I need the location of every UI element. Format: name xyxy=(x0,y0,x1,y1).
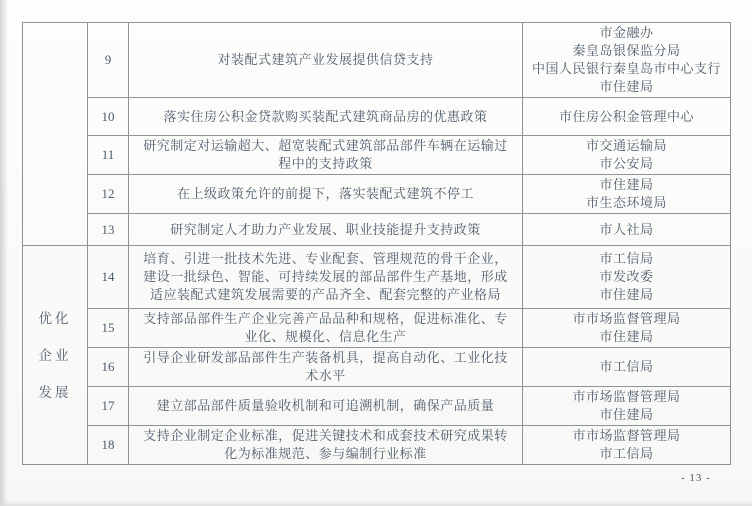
task-text: 引导企业研发部品部件生产装备机具，提高自动化、工业化技 术水平 xyxy=(129,348,523,387)
task-text: 建立部品部件质量验收机制和可追溯机制，确保产品质量 xyxy=(129,387,523,426)
row-number: 14 xyxy=(88,246,129,309)
department-text: 市金融办 秦皇岛银保监分局 中国人民银行秦皇岛市中心支行 市住建局 xyxy=(523,23,731,98)
department-text: 市工信局 xyxy=(523,348,731,387)
department-text: 市工信局 市发改委 市住建局 xyxy=(523,246,731,309)
row-number: 17 xyxy=(88,387,129,426)
category-cell-optimize-enterprise: 优化 企业 发展 xyxy=(23,246,88,465)
task-text: 落实住房公积金贷款购买装配式建筑商品房的优惠政策 xyxy=(129,98,523,136)
page-number: - 13 - xyxy=(681,472,727,484)
department-text: 市交通运输局 市公安局 xyxy=(523,136,731,175)
department-text: 市住房公积金管理中心 xyxy=(523,98,731,136)
table-row: 优化 企业 发展 14 培育、引进一批技术先进、专业配套、管理规范的骨干企业， … xyxy=(23,246,731,309)
row-number: 10 xyxy=(88,98,129,136)
document-page: 9 对装配式建筑产业发展提供信贷支持 市金融办 秦皇岛银保监分局 中国人民银行秦… xyxy=(0,0,752,506)
scan-edge-artifact xyxy=(0,0,8,506)
department-text: 市市场监督管理局 市住建局 xyxy=(523,387,731,426)
table-row: 18 支持企业制定企业标准，促进关键技术和成套技术研究成果转 化为标准规范、参与… xyxy=(23,426,731,465)
table-row: 16 引导企业研发部品部件生产装备机具，提高自动化、工业化技 术水平 市工信局 xyxy=(23,348,731,387)
category-cell-blank xyxy=(23,23,88,246)
table-row: 10 落实住房公积金贷款购买装配式建筑商品房的优惠政策 市住房公积金管理中心 xyxy=(23,98,731,136)
row-number: 13 xyxy=(88,214,129,246)
row-number: 15 xyxy=(88,309,129,348)
table-row: 12 在上级政策允许的前提下，落实装配式建筑不停工 市住建局 市生态环境局 xyxy=(23,175,731,214)
table-row: 9 对装配式建筑产业发展提供信贷支持 市金融办 秦皇岛银保监分局 中国人民银行秦… xyxy=(23,23,731,98)
task-text: 对装配式建筑产业发展提供信贷支持 xyxy=(129,23,523,98)
row-number: 11 xyxy=(88,136,129,175)
task-text: 支持企业制定企业标准，促进关键技术和成套技术研究成果转 化为标准规范、参与编制行… xyxy=(129,426,523,465)
department-text: 市市场监督管理局 市住建局 xyxy=(523,309,731,348)
department-text: 市住建局 市生态环境局 xyxy=(523,175,731,214)
task-text: 支持部品部件生产企业完善产品品种和规格，促进标准化、专 业化、规模化、信息化生产 xyxy=(129,309,523,348)
task-text: 研究制定对运输超大、超宽装配式建筑部品部件车辆在运输过 程中的支持政策 xyxy=(129,136,523,175)
table-row: 17 建立部品部件质量验收机制和可追溯机制，确保产品质量 市市场监督管理局 市住… xyxy=(23,387,731,426)
scan-bottom-artifact xyxy=(0,500,752,506)
row-number: 9 xyxy=(88,23,129,98)
row-number: 16 xyxy=(88,348,129,387)
department-text: 市人社局 xyxy=(523,214,731,246)
row-number: 18 xyxy=(88,426,129,465)
table-row: 13 研究制定人才助力产业发展、职业技能提升支持政策 市人社局 xyxy=(23,214,731,246)
table-row: 11 研究制定对运输超大、超宽装配式建筑部品部件车辆在运输过 程中的支持政策 市… xyxy=(23,136,731,175)
row-number: 12 xyxy=(88,175,129,214)
department-text: 市市场监督管理局 市工信局 xyxy=(523,426,731,465)
task-text: 在上级政策允许的前提下，落实装配式建筑不停工 xyxy=(129,175,523,214)
policy-task-table: 9 对装配式建筑产业发展提供信贷支持 市金融办 秦皇岛银保监分局 中国人民银行秦… xyxy=(22,22,731,465)
task-text: 研究制定人才助力产业发展、职业技能提升支持政策 xyxy=(129,214,523,246)
table-row: 15 支持部品部件生产企业完善产品品种和规格，促进标准化、专 业化、规模化、信息… xyxy=(23,309,731,348)
task-text: 培育、引进一批技术先进、专业配套、管理规范的骨干企业， 建设一批绿色、智能、可持… xyxy=(129,246,523,309)
